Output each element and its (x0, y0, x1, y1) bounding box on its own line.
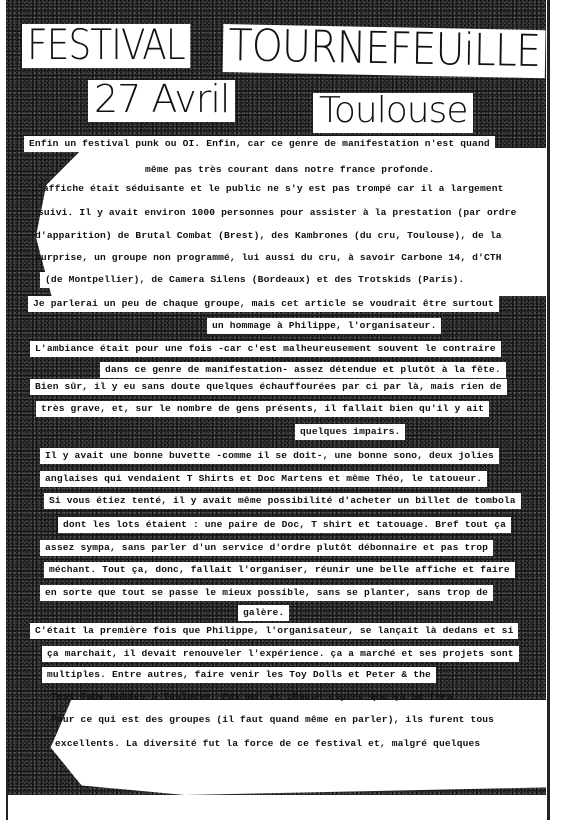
article-line: assez sympa, sans parler d'un service d'… (40, 540, 493, 556)
article-line: excellents. La diversité fut la force de… (50, 736, 485, 752)
article-line: suivi. Il y avait environ 1000 personnes… (33, 205, 521, 221)
headline-city: Toulouse (313, 93, 473, 133)
article-line: Pour ce qui est des groupes (il faut qua… (46, 712, 499, 728)
article-line: surprise, un groupe non programmé, lui a… (30, 250, 507, 266)
article-line: galère. (238, 605, 289, 621)
article-line: même pas très courant dans notre france … (140, 162, 439, 178)
article-line: anglaises qui vendaient T Shirts et Doc … (40, 471, 487, 487)
article-line: en sorte que tout se passe le mieux poss… (40, 585, 493, 601)
article-line: dans ce genre de manifestation- assez dé… (100, 362, 506, 378)
article-line: d'apparition) de Brutal Combat (Brest), … (30, 228, 507, 244)
article-line: L'affiche était séduisante et le public … (26, 181, 509, 197)
article-line: très grave, et, sur le nombre de gens pr… (36, 401, 489, 417)
article-line: Test Tube Babies à Toulouse. Pas mal et … (46, 689, 505, 705)
article-line: un hommage à Philippe, l'organisateur. (207, 318, 441, 334)
headline-name: TOURNEFEUiLLE (223, 24, 546, 78)
article-line: multiples. Entre autres, faire venir les… (42, 667, 436, 683)
page-edge-line (547, 0, 550, 820)
article-line: Bien sûr, il y eu sans doute quelques éc… (30, 379, 507, 395)
article-line: Si vous étiez tenté, il y avait même pos… (44, 493, 521, 509)
headline-date: 27 Avril (88, 80, 235, 122)
article-line: (de Montpellier), de Camera Silens (Bord… (40, 272, 469, 288)
article-line: ça marchait, il devait renouveler l'expé… (42, 646, 519, 662)
article-line: quelques impairs. (295, 424, 405, 440)
article-line: Il y avait une bonne buvette -comme il s… (40, 448, 499, 464)
article-line: L'ambiance était pour une fois -car c'es… (30, 341, 501, 357)
article-line: dont les lots étaient : une paire de Doc… (58, 517, 511, 533)
article-line: méchant. Tout ça, donc, fallait l'organi… (44, 562, 515, 578)
article-line: Je parlerai un peu de chaque groupe, mai… (28, 296, 499, 312)
article-line: Enfin un festival punk ou OI. Enfin, car… (24, 136, 495, 152)
headline-festival: FESTIVAL (22, 24, 190, 68)
article-line: C'était la première fois que Philippe, l… (30, 623, 518, 639)
page-edge-line-left (6, 760, 8, 820)
